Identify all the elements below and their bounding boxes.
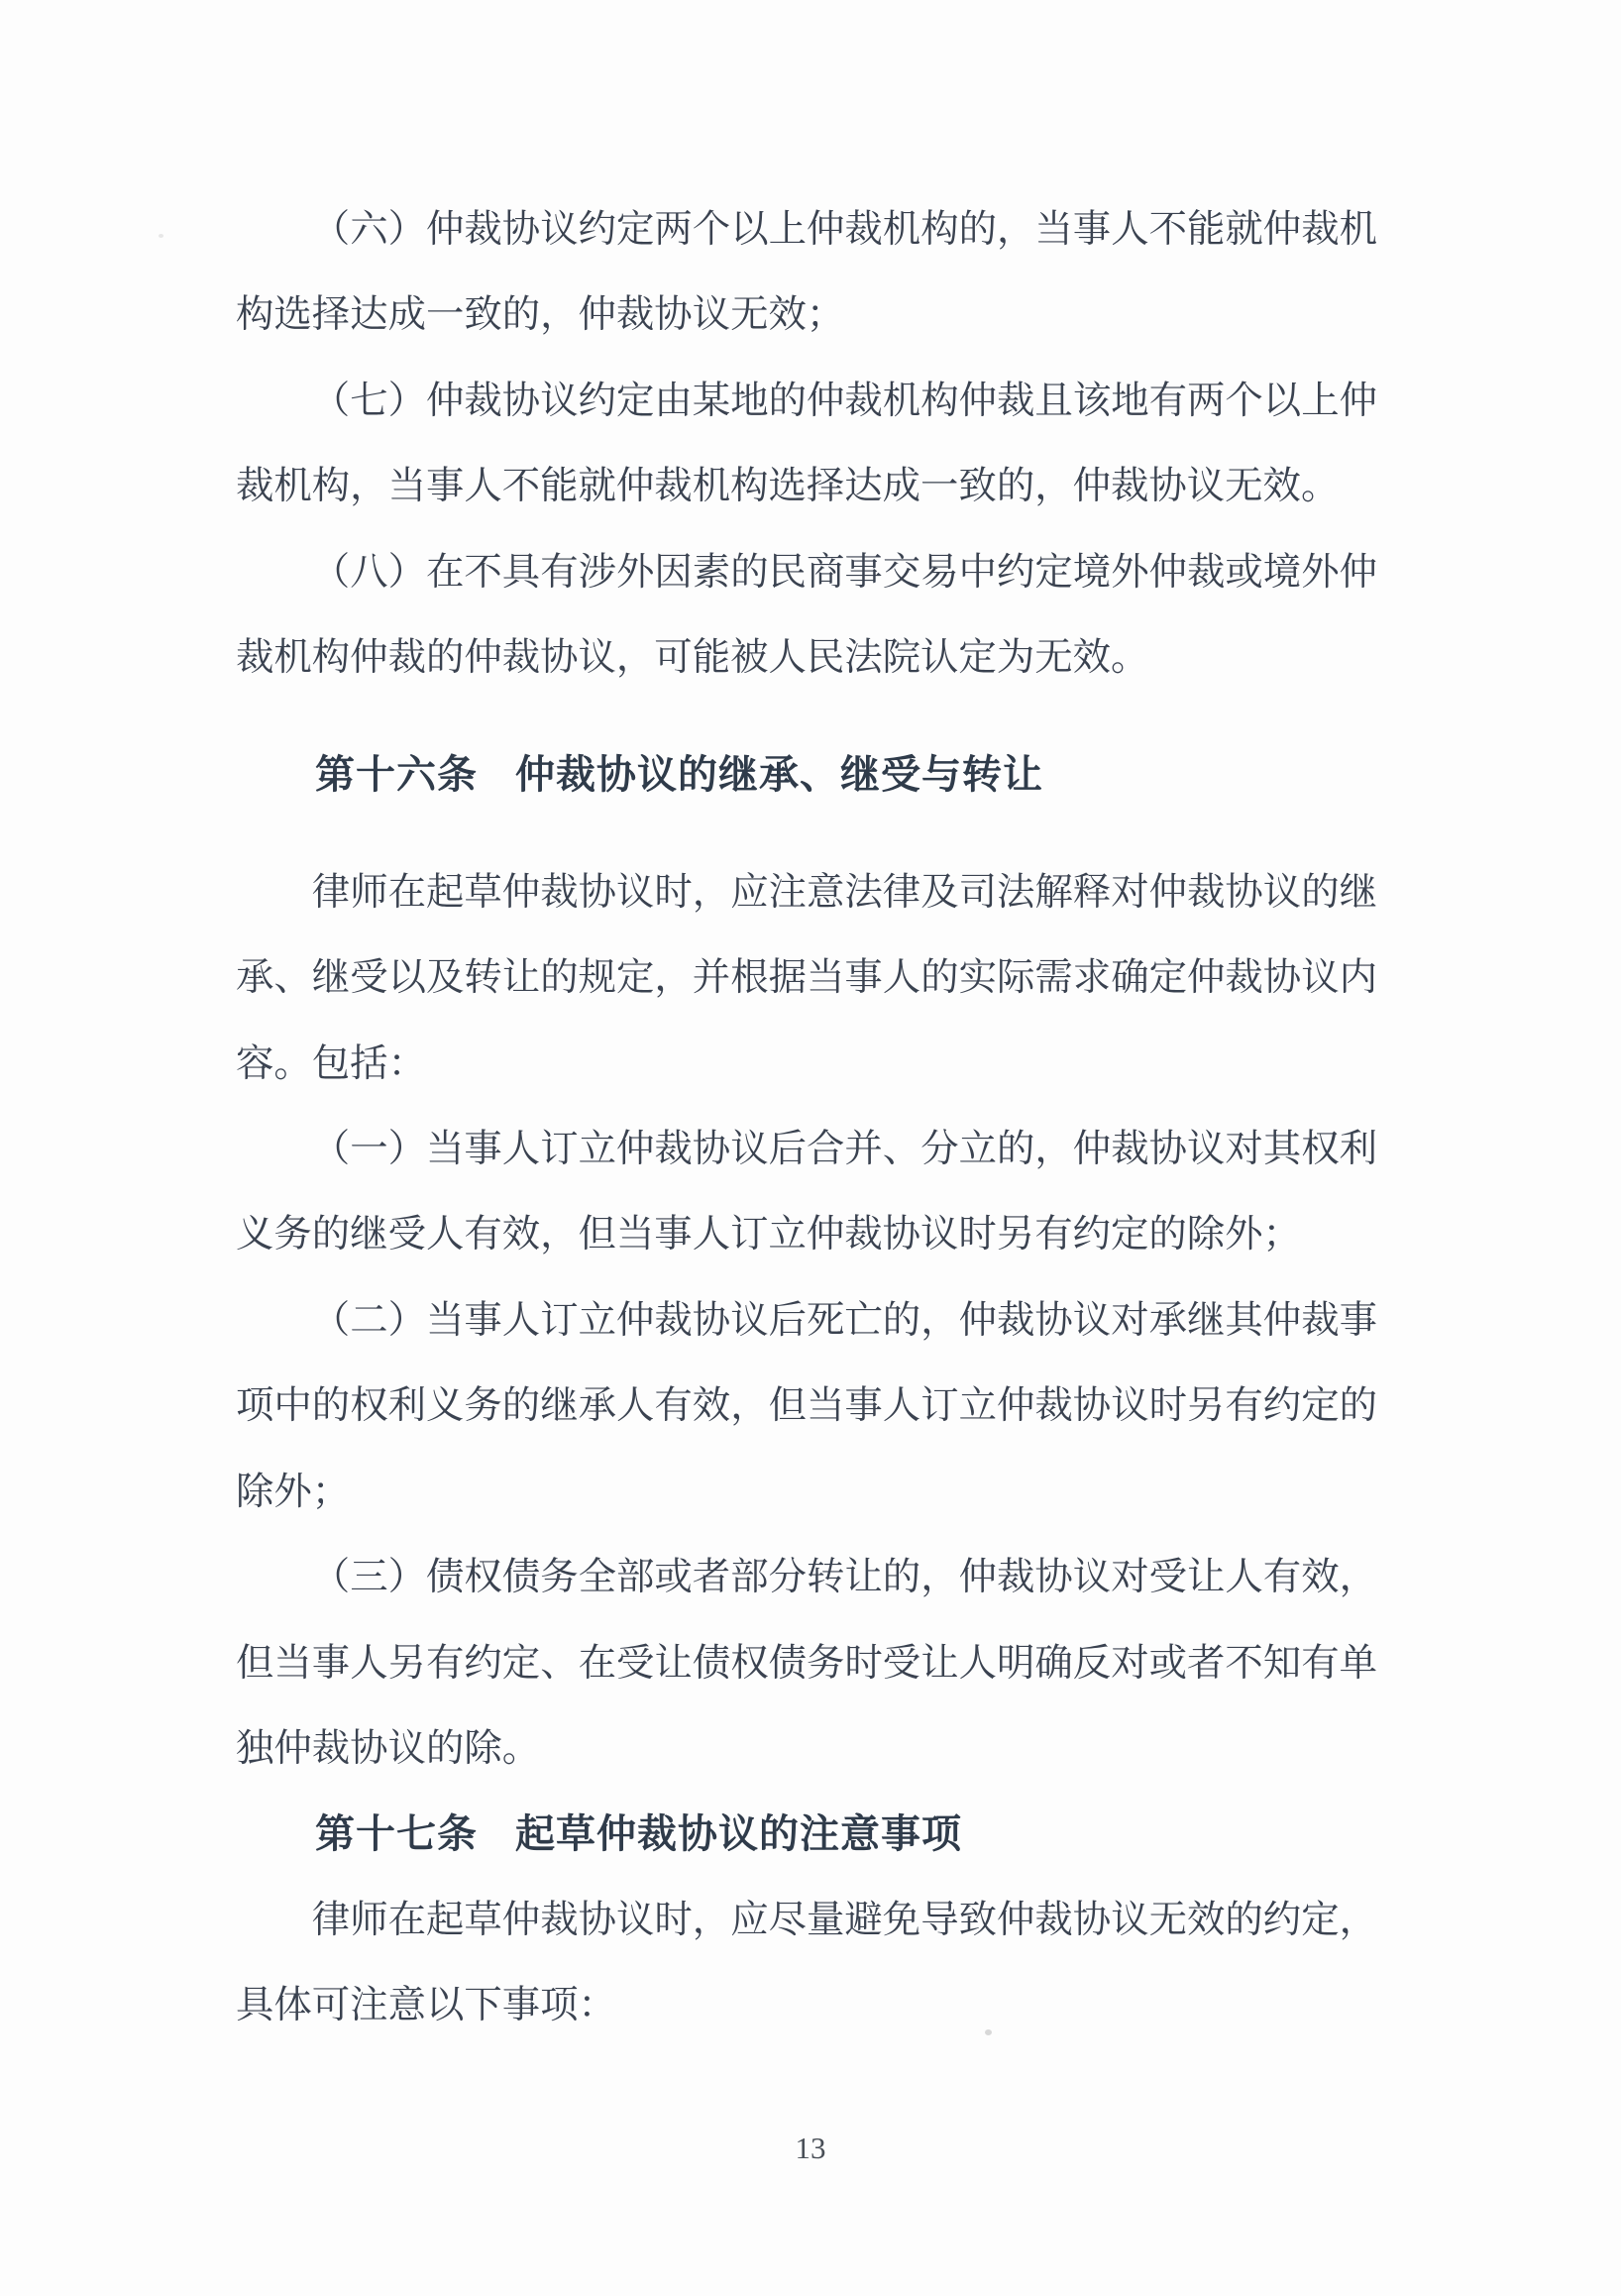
clause-8-paragraph: （八）在不具有涉外因素的民商事交易中约定境外仲裁或境外仲裁机构仲裁的仲裁协议，可… <box>236 530 1377 702</box>
article-title: 仲裁协议的继承、继受与转让 <box>515 753 1043 797</box>
document-page: （六）仲裁协议约定两个以上仲裁机构的，当事人不能就仲裁机构选择达成一致的，仲裁协… <box>0 0 1621 2296</box>
clause-6-paragraph: （六）仲裁协议约定两个以上仲裁机构的，当事人不能就仲裁机构选择达成一致的，仲裁协… <box>236 187 1377 359</box>
article-17-intro-paragraph: 律师在起草仲裁协议时，应尽量避免导致仲裁协议无效的约定，具体可注意以下事项： <box>236 1878 1377 2049</box>
article-number: 第十七条 <box>315 1812 478 1856</box>
scan-noise-speck <box>159 234 163 238</box>
page-footer: 13 <box>0 2127 1621 2170</box>
clause-1-paragraph: （一）当事人订立仲裁协议后合并、分立的，仲裁协议对其权利义务的继受人有效，但当事… <box>236 1107 1377 1278</box>
article-16-heading: 第十六条仲裁协议的继承、继受与转让 <box>236 732 1377 818</box>
clause-3-paragraph: （三）债权债务全部或者部分转让的，仲裁协议对受让人有效，但当事人另有约定、在受让… <box>236 1535 1377 1792</box>
article-title: 起草仲裁协议的注意事项 <box>515 1812 962 1856</box>
page-number: 13 <box>796 2131 826 2165</box>
clause-2-paragraph: （二）当事人订立仲裁协议后死亡的，仲裁协议对承继其仲裁事项中的权利义务的继承人有… <box>236 1278 1377 1535</box>
article-number: 第十六条 <box>315 753 478 797</box>
document-text: （六）仲裁协议约定两个以上仲裁机构的，当事人不能就仲裁机构选择达成一致的，仲裁协… <box>236 187 1377 2049</box>
clause-7-paragraph: （七）仲裁协议约定由某地的仲裁机构仲裁且该地有两个以上仲裁机构，当事人不能就仲裁… <box>236 359 1377 530</box>
article-17-heading: 第十七条起草仲裁协议的注意事项 <box>236 1792 1377 1877</box>
article-16-intro-paragraph: 律师在起草仲裁协议时，应注意法律及司法解释对仲裁协议的继承、继受以及转让的规定，… <box>236 850 1377 1107</box>
